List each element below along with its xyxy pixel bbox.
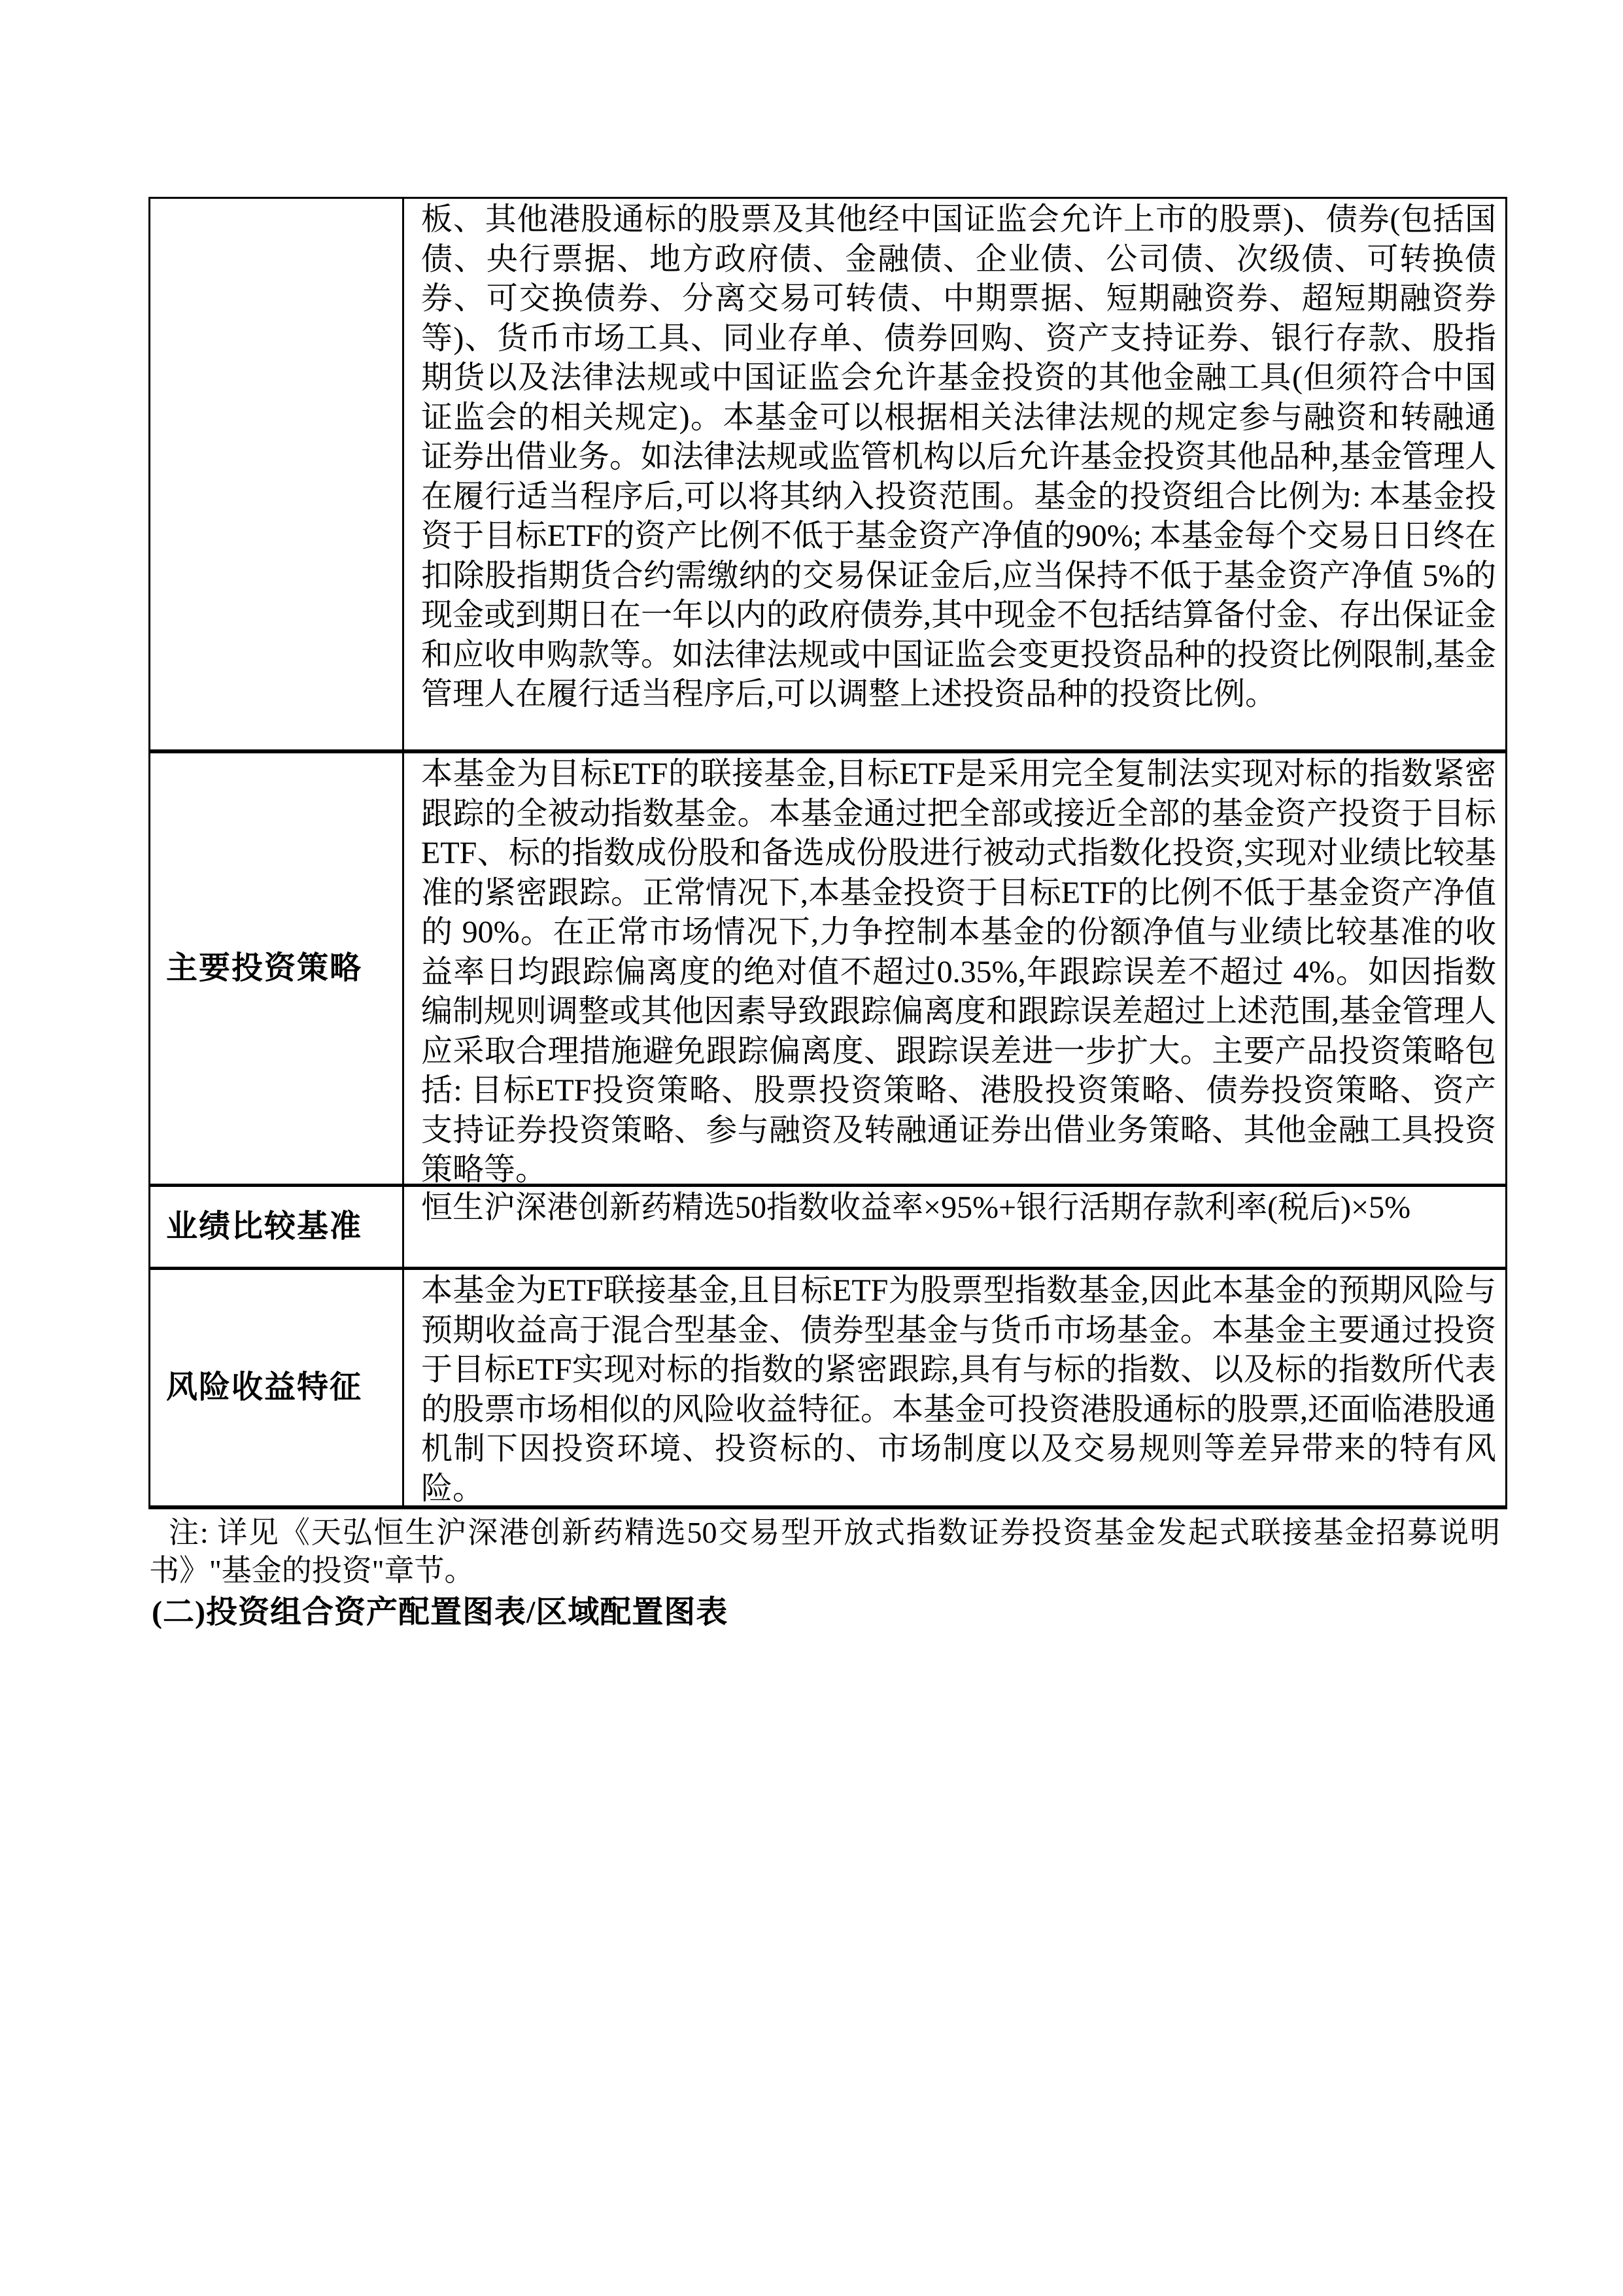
row-label-benchmark: 业绩比较基准	[150, 1187, 404, 1267]
table-row-investment-scope-continued: 板、其他港股通标的股票及其他经中国证监会允许上市的股票)、债券(包括国债、央行票…	[150, 199, 1505, 749]
row-label-empty	[150, 199, 404, 749]
row-content-benchmark: 恒生沪深港创新药精选50指数收益率×95%+银行活期存款利率(税后)×5%	[404, 1187, 1505, 1267]
fund-info-table: 板、其他港股通标的股票及其他经中国证监会允许上市的股票)、债券(包括国债、央行票…	[148, 197, 1507, 1509]
row-label-investment-strategy: 主要投资策略	[150, 753, 404, 1184]
table-row-risk-return: 风险收益特征 本基金为ETF联接基金,且目标ETF为股票型指数基金,因此本基金的…	[150, 1267, 1505, 1505]
row-content-investment-strategy: 本基金为目标ETF的联接基金,目标ETF是采用完全复制法实现对标的指数紧密跟踪的…	[404, 753, 1505, 1184]
row-label-risk-return: 风险收益特征	[150, 1270, 404, 1505]
document-page: 板、其他港股通标的股票及其他经中国证监会允许上市的股票)、债券(包括国债、央行票…	[0, 0, 1623, 2296]
footnote: 注: 详见《天弘恒生沪深港创新药精选50交易型开放式指数证券投资基金发起式联接基…	[149, 1514, 1500, 1590]
table-row-investment-strategy: 主要投资策略 本基金为目标ETF的联接基金,目标ETF是采用完全复制法实现对标的…	[150, 749, 1505, 1184]
table-row-benchmark: 业绩比较基准 恒生沪深港创新药精选50指数收益率×95%+银行活期存款利率(税后…	[150, 1184, 1505, 1267]
section-heading: (二)投资组合资产配置图表/区域配置图表	[152, 1594, 1503, 1631]
row-content-risk-return: 本基金为ETF联接基金,且目标ETF为股票型指数基金,因此本基金的预期风险与预期…	[404, 1270, 1505, 1505]
row-content-investment-scope: 板、其他港股通标的股票及其他经中国证监会允许上市的股票)、债券(包括国债、央行票…	[404, 199, 1505, 749]
